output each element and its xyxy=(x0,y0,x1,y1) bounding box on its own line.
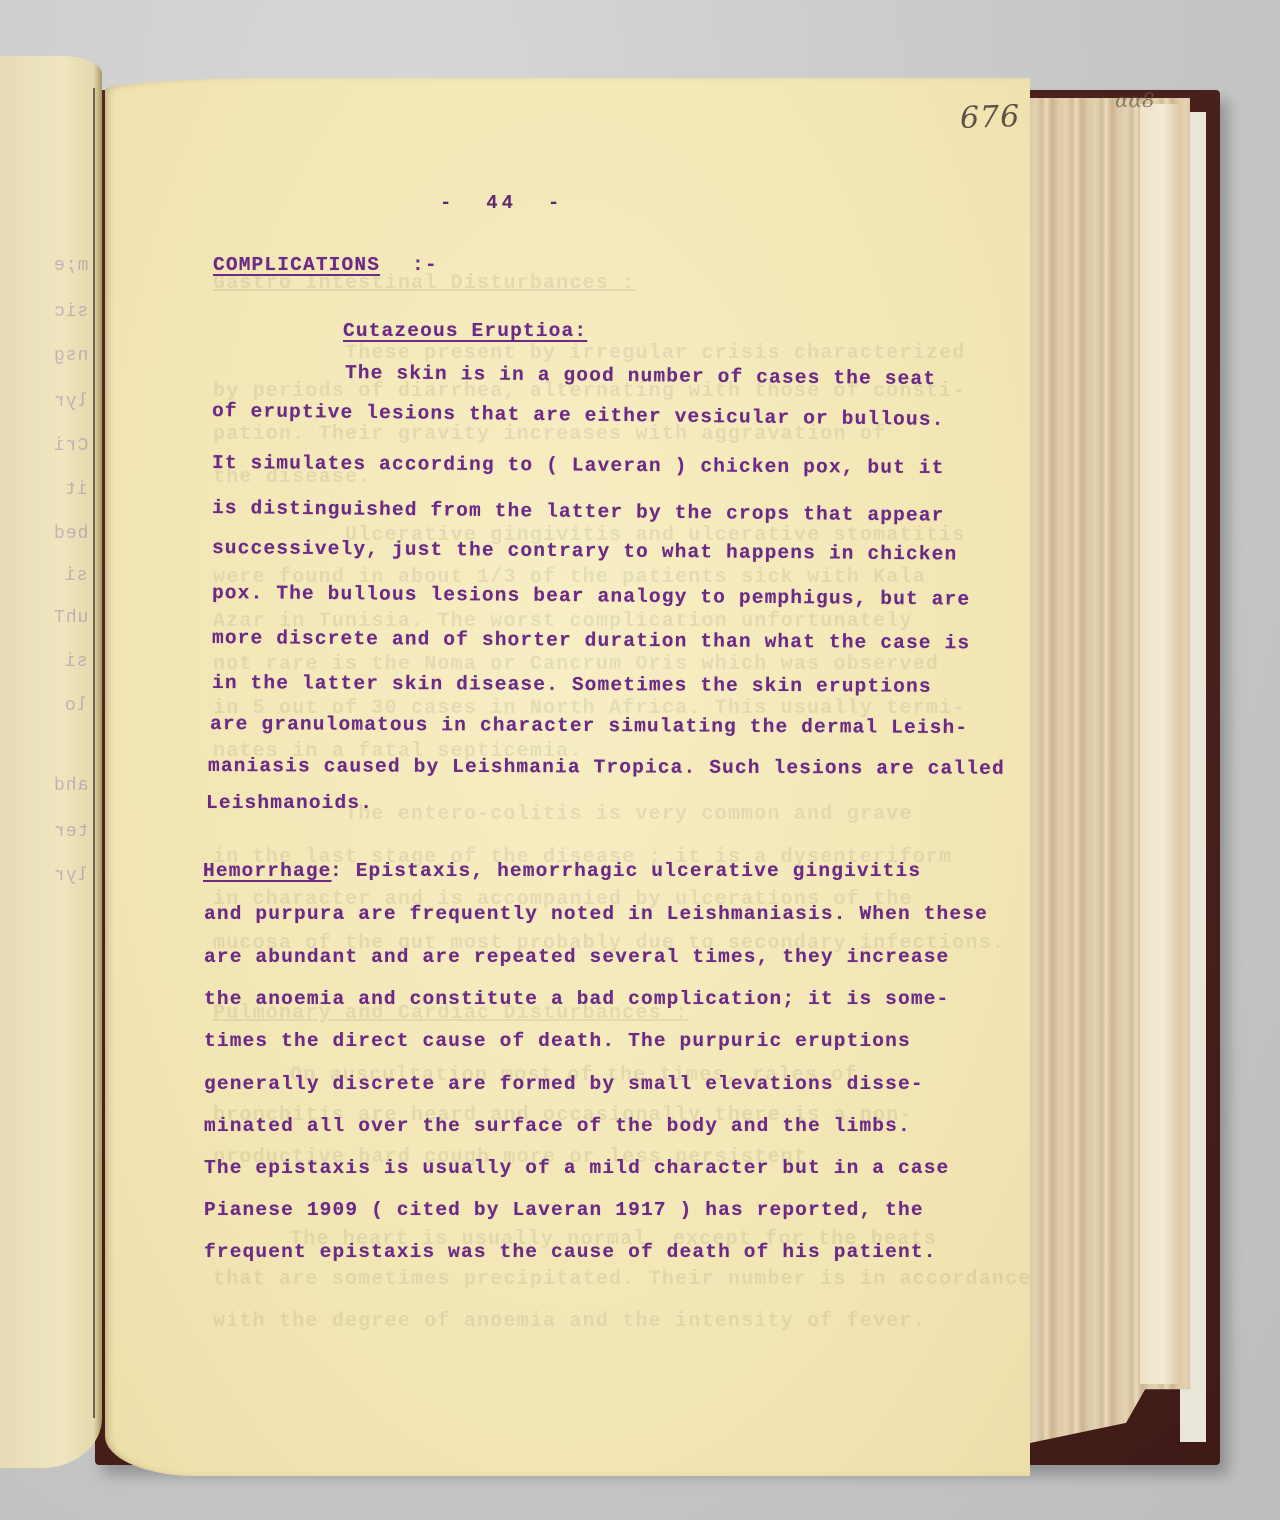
page-stack-edges xyxy=(1030,98,1190,1443)
left-page-fragment: ter xyxy=(53,822,88,842)
paragraph-line: maniasis caused by Leishmania Tropica. S… xyxy=(208,755,1005,780)
left-page-fragment: nsg xyxy=(53,346,88,366)
left-page-fragment: lyr xyxy=(53,392,88,412)
left-page-fragment: Cri xyxy=(53,436,88,456)
paragraph-line: are granulomatous in character simulatin… xyxy=(210,713,968,739)
paragraph-line: : Epistaxis, hemorrhagic ulcerative ging… xyxy=(330,860,921,882)
paragraph-line: times the direct cause of death. The pur… xyxy=(204,1030,911,1052)
left-page-fragment: si xyxy=(64,652,88,672)
section-heading-suffix: :- xyxy=(412,254,438,276)
paragraph-line: generally discrete are formed by small e… xyxy=(204,1073,924,1095)
gutter xyxy=(93,88,95,1418)
left-page-fragment: m;e xyxy=(53,256,88,276)
left-page-fragment: it xyxy=(64,480,88,500)
paragraph-line: The epistaxis is usually of a mild chara… xyxy=(204,1157,949,1179)
left-page-fragment: lyr xyxy=(53,866,88,886)
left-page-fragment: ahd xyxy=(53,776,88,796)
left-page-curl[interactable]: m;e sic nsg lyr Cri it bed si uhT si lo … xyxy=(0,56,102,1468)
paragraph-line: are abundant and are repeated several ti… xyxy=(204,946,949,968)
hemorrhage-heading: Hemorrhage xyxy=(203,860,332,882)
handwritten-mark-behind: ɑɑ8 xyxy=(1115,88,1155,112)
left-page-fragment: sic xyxy=(53,302,88,322)
left-page-fragment: uhT xyxy=(53,608,88,628)
left-page-fragment: bed xyxy=(53,524,88,544)
handwritten-folio-number: 676 xyxy=(959,99,1020,136)
paragraph-line: frequent epistaxis was the cause of deat… xyxy=(204,1241,937,1263)
section-heading: COMPLICATIONS xyxy=(213,254,380,276)
left-page-fragment: si xyxy=(64,566,88,586)
paragraph-line: Pianese 1909 ( cited by Laveran 1917 ) h… xyxy=(204,1199,924,1221)
subsection-heading: Cutazeous Eruptioa: xyxy=(343,320,587,342)
paragraph-line: Leishmanoids. xyxy=(206,792,373,814)
typed-page-number: - 44 - xyxy=(440,192,563,214)
paragraph-line: and purpura are frequently noted in Leis… xyxy=(204,903,988,925)
paragraph-line: the anoemia and constitute a bad complic… xyxy=(204,988,949,1010)
paragraph-line: minated all over the surface of the body… xyxy=(204,1115,911,1137)
left-page-fragment: lo xyxy=(64,696,88,716)
paragraph-line: in the latter skin disease. Sometimes th… xyxy=(212,672,932,698)
